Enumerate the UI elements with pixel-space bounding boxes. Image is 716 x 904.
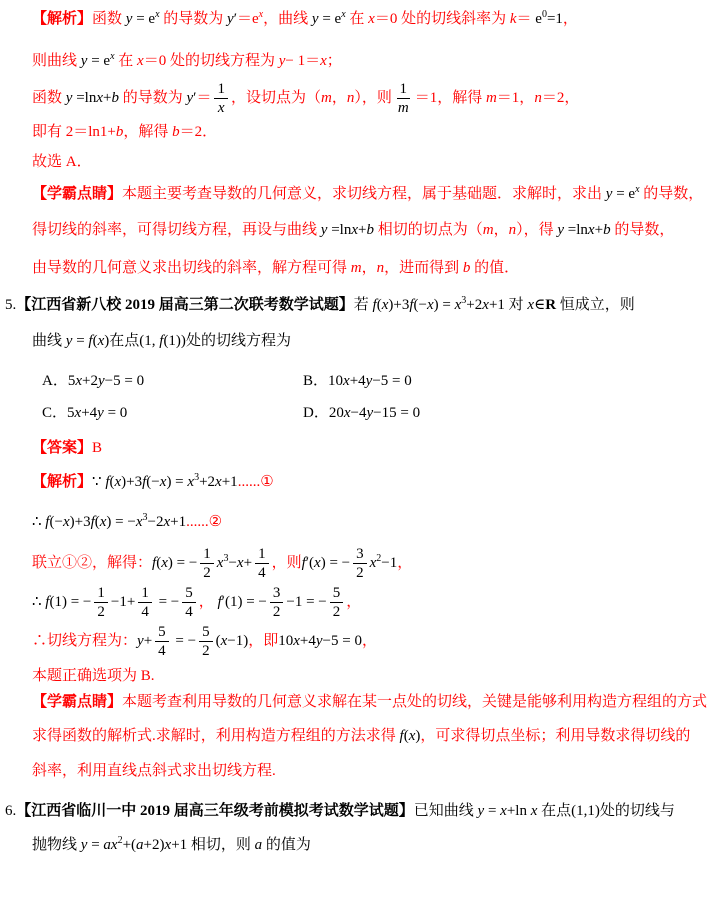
text-segment: 联立①②，解得： xyxy=(32,555,152,571)
fraction: 32 xyxy=(353,545,367,582)
text-segment: x xyxy=(96,90,103,106)
text-segment: − xyxy=(228,555,236,571)
text-segment: = e xyxy=(132,11,155,27)
text-segment: +( xyxy=(123,837,136,853)
text-segment: ），得 xyxy=(516,222,557,238)
text-segment: C．5 xyxy=(42,405,75,421)
text-segment: 恒成立，则 xyxy=(556,297,635,313)
text-segment: ，即 xyxy=(248,633,278,649)
text-segment: ， xyxy=(332,90,347,106)
fraction-numerator: 5 xyxy=(182,584,196,603)
text-segment: ＝1，解得 xyxy=(415,90,486,106)
text-segment: x xyxy=(314,555,321,571)
text-segment: 的导数， xyxy=(611,222,675,238)
text-segment: 曲线 xyxy=(32,333,66,349)
text-segment: 在 xyxy=(346,11,369,27)
text-segment: 相切，则 xyxy=(187,837,255,853)
text-segment: x xyxy=(137,53,144,69)
q6-stem-line-1: 6.【江西省临川一中 2019 届高三年级考前模拟考试数学试题】已知曲线 y =… xyxy=(5,800,716,822)
fraction: 12 xyxy=(94,584,108,621)
text-segment: 的导数为 xyxy=(160,11,228,27)
q5-stem-line-2: 曲线 y = f(x)在点(1, f(1))处的切线方程为 xyxy=(32,330,716,352)
text-segment: x xyxy=(500,803,507,819)
q4-tip-line-1: 【学霸点睛】本题主要考查导数的几何意义，求切线方程，属于基础题．求解时，求出 y… xyxy=(32,183,716,205)
text-segment: 在 xyxy=(115,53,138,69)
fraction-denominator: 4 xyxy=(138,603,152,621)
q4-conclusion: 故选 A． xyxy=(32,151,716,173)
text-segment: ax xyxy=(103,837,117,853)
text-segment: 的值． xyxy=(470,260,519,276)
text-segment: m xyxy=(321,90,332,106)
q4-analysis-line-4: 即有 2＝ln1+b，解得 b＝2． xyxy=(32,121,716,143)
text-segment: − 1＝ xyxy=(285,53,320,69)
text-segment: +4 xyxy=(81,405,97,421)
document-page: 【解析】函数 y = ex 的导数为 y′＝ex，曲线 y = ex 在 x＝0… xyxy=(0,8,716,904)
text-segment: 【学霸点睛】 xyxy=(32,694,122,710)
option-b: B．10x+4y−5 = 0 xyxy=(303,370,412,392)
text-segment: x xyxy=(368,11,375,27)
text-segment: 【解析】 xyxy=(32,11,92,27)
q4-tip-line-2: 得切线的斜率，可得切线方程，再设与曲线 y =lnx+b 相切的切点为（m，n）… xyxy=(32,219,716,241)
fraction-numerator: 3 xyxy=(353,545,367,564)
text-segment: x xyxy=(136,514,143,530)
q5-tip-line-2: 求得函数的解析式.求解时，利用构造方程组的方法求得 f(x)，可求得切点坐标；利… xyxy=(32,725,716,747)
text-segment: x xyxy=(161,555,168,571)
text-segment: ......① xyxy=(238,474,274,490)
fraction: 54 xyxy=(155,623,169,660)
fraction-denominator: 4 xyxy=(182,603,196,621)
text-segment: ) = xyxy=(166,474,187,490)
text-segment: 本题主要考查导数的几何意义，求切线方程，属于基础题．求解时，求出 xyxy=(122,186,606,202)
text-segment: ＝e xyxy=(237,11,259,27)
q5-analysis-line-1: 【解析】∵ f(x)+3f(−x) = x3+2x+1......① xyxy=(32,471,716,493)
text-segment: 函数 xyxy=(32,90,66,106)
text-segment: 【学霸点睛】 xyxy=(32,186,122,202)
option-c: C．5x+4y = 0 xyxy=(42,402,303,424)
text-segment: m xyxy=(483,222,494,238)
q5-analysis-line-5: ∴切线方程为：y+54 = −52(x−1)，即10x+4y−5 = 0， xyxy=(32,623,716,660)
text-segment: =ln xyxy=(327,222,351,238)
text-segment: ′( xyxy=(306,555,314,571)
text-segment: )+3 xyxy=(70,514,91,530)
fraction: 12 xyxy=(200,545,214,582)
text-segment: + xyxy=(595,222,603,238)
text-segment: x xyxy=(427,297,434,313)
fraction-denominator: 2 xyxy=(353,564,367,582)
text-segment: +1 xyxy=(170,514,186,530)
fraction-numerator: 1 xyxy=(397,80,411,99)
text-segment: A．5 xyxy=(42,373,75,389)
text-segment: = 0 xyxy=(104,405,127,421)
text-segment: 函数 xyxy=(92,11,126,27)
fraction: 32 xyxy=(270,584,284,621)
text-segment: 【江西省临川一中 2019 届高三年级考前模拟考试数学试题】 xyxy=(16,803,414,819)
fraction-numerator: 5 xyxy=(330,584,344,603)
text-segment: −1+ xyxy=(111,594,135,610)
text-segment: ) = − xyxy=(168,555,197,571)
text-segment: ＝2． xyxy=(180,124,218,140)
text-segment: ＝ xyxy=(196,90,211,106)
text-segment: y xyxy=(316,633,323,649)
text-segment: ＝0 处的切线斜率为 xyxy=(375,11,510,27)
text-segment: b xyxy=(366,222,374,238)
text-segment: 的导数， xyxy=(640,186,704,202)
text-segment: ，可求得切点坐标；利用导数求得切线的 xyxy=(420,728,690,744)
text-segment: ∴切线方程为： xyxy=(32,633,137,649)
text-segment: ； xyxy=(327,53,342,69)
text-segment: 在点 xyxy=(537,803,571,819)
text-segment: =ln xyxy=(72,90,96,106)
text-segment: +1 xyxy=(222,474,238,490)
text-segment: x xyxy=(63,514,70,530)
text-segment: x xyxy=(293,633,300,649)
fraction-numerator: 1 xyxy=(138,584,152,603)
text-segment: +1 xyxy=(489,297,505,313)
text-segment: ， xyxy=(346,594,361,610)
text-segment: ， xyxy=(362,633,377,649)
text-segment: ， xyxy=(563,11,578,27)
text-segment: 5. xyxy=(5,297,16,313)
text-segment: −2 xyxy=(148,514,164,530)
text-segment: =ln xyxy=(564,222,588,238)
text-segment: ∴ xyxy=(32,514,45,530)
text-segment: x xyxy=(237,555,244,571)
text-segment: 在点 xyxy=(109,333,139,349)
fraction: 14 xyxy=(255,545,269,582)
text-segment: ) = − xyxy=(106,514,135,530)
fraction-denominator: x xyxy=(215,99,228,117)
text-segment: ，曲线 xyxy=(263,11,312,27)
text-segment: ∵ xyxy=(92,474,105,490)
fraction-numerator: 1 xyxy=(94,584,108,603)
text-segment: )+3 xyxy=(388,297,409,313)
text-segment: = xyxy=(72,333,88,349)
text-segment: )+3 xyxy=(121,474,142,490)
text-segment: 本题正确选项为 B. xyxy=(32,668,155,684)
text-segment: +4 xyxy=(350,373,366,389)
fraction-numerator: 1 xyxy=(255,545,269,564)
fraction: 1x xyxy=(214,80,228,117)
text-segment: (1) = − xyxy=(49,594,91,610)
text-segment: B xyxy=(92,440,102,456)
text-segment: ) = xyxy=(434,297,455,313)
text-segment: ， xyxy=(494,222,509,238)
q5-analysis-line-4: ∴ f(1) = −12−1+14 = −54， f′(1) = −32−1 =… xyxy=(32,584,716,621)
q5-analysis-line-3: 联立①②，解得：f(x) = −12x3−x+14，则f′(x) = −32x2… xyxy=(32,545,716,582)
text-segment: +2) xyxy=(144,837,165,853)
q4-tip-line-3: 由导数的几何意义求出切线的斜率，解方程可得 m，n，进而得到 b 的值． xyxy=(32,257,716,279)
text-segment: ， xyxy=(199,594,214,610)
fraction-numerator: 3 xyxy=(270,584,284,603)
text-segment: R xyxy=(545,297,556,313)
text-segment: (1, xyxy=(139,333,159,349)
text-segment: y xyxy=(312,11,319,27)
text-segment: +4 xyxy=(300,633,316,649)
text-segment: a xyxy=(136,837,144,853)
text-segment: +ln xyxy=(507,803,531,819)
text-segment: ），则 xyxy=(354,90,392,106)
text-segment: = − xyxy=(172,633,196,649)
text-segment: = xyxy=(87,837,103,853)
text-segment: −5 = 0 xyxy=(105,373,144,389)
text-segment: (1)) xyxy=(163,333,186,349)
text-segment: ＝ xyxy=(517,11,536,27)
text-segment: −4 xyxy=(351,405,367,421)
text-segment: + xyxy=(144,633,152,649)
text-segment: x xyxy=(482,297,489,313)
text-segment: ......② xyxy=(186,514,222,530)
text-segment: x xyxy=(215,474,222,490)
fraction-denominator: 4 xyxy=(155,642,169,660)
text-segment: 对 xyxy=(505,297,528,313)
fraction-numerator: 1 xyxy=(214,80,228,99)
fraction-denominator: 2 xyxy=(270,603,284,621)
q6-stem-line-2: 抛物线 y = ax2+(a+2)x+1 相切，则 a 的值为 xyxy=(32,834,716,856)
text-segment: 得切线的斜率，可得切线方程，再设与曲线 xyxy=(32,222,321,238)
text-segment: ＝2， xyxy=(542,90,580,106)
text-segment: 本题考查利用导数的几何意义求解在某一点处的切线，关键是能够利用构造方程组的方式 xyxy=(122,694,707,710)
fraction-denominator: 2 xyxy=(199,642,213,660)
text-segment: ， xyxy=(397,555,412,571)
text-segment: = xyxy=(484,803,500,819)
text-segment: +1 xyxy=(171,837,187,853)
text-segment: + xyxy=(244,555,252,571)
fraction-numerator: 1 xyxy=(200,545,214,564)
text-segment: −15 = 0 xyxy=(373,405,420,421)
text-segment: e xyxy=(535,11,542,27)
q5-stem-line-1: 5.【江西省新八校 2019 届高三第二次联考数学试题】若 f(x)+3f(−x… xyxy=(5,294,716,316)
q5-analysis-line-2: ∴ f(−x)+3f(x) = −x3−2x+1......② xyxy=(32,511,716,533)
text-segment: 处的切线方程为 xyxy=(186,333,291,349)
text-segment: b xyxy=(172,124,180,140)
text-segment: x xyxy=(75,373,82,389)
text-segment: n xyxy=(377,260,385,276)
text-segment: 【答案】 xyxy=(32,440,92,456)
fraction-numerator: 5 xyxy=(155,623,169,642)
q5-options-row-1: A．5x+2y−5 = 0B．10x+4y−5 = 0 xyxy=(42,370,716,392)
text-segment: = e xyxy=(612,186,635,202)
q4-analysis-line-1: 【解析】函数 y = ex 的导数为 y′＝ex，曲线 y = ex 在 x＝0… xyxy=(32,8,716,30)
text-segment: ＝0 处的切线方程为 xyxy=(144,53,279,69)
text-segment: 10 xyxy=(278,633,293,649)
text-segment: x xyxy=(344,405,351,421)
text-segment: −5 = 0 xyxy=(372,373,411,389)
text-segment: −1) xyxy=(227,633,248,649)
text-segment: n xyxy=(534,90,542,106)
text-segment: x xyxy=(351,222,358,238)
text-segment: D．20 xyxy=(303,405,344,421)
q5-conclusion: 本题正确选项为 B. xyxy=(32,665,716,687)
text-segment: ∴ xyxy=(32,594,45,610)
text-segment: b xyxy=(603,222,611,238)
text-segment: ′(1) = − xyxy=(222,594,267,610)
text-segment: 则曲线 xyxy=(32,53,81,69)
text-segment: −1 = − xyxy=(286,594,326,610)
text-segment: 的导数为 xyxy=(119,90,187,106)
text-segment: (1,1) xyxy=(571,803,600,819)
text-segment: = e xyxy=(87,53,110,69)
text-segment: −1 xyxy=(381,555,397,571)
text-segment: x xyxy=(320,53,327,69)
text-segment: 【解析】 xyxy=(32,474,92,490)
q5-tip-line-3: 斜率，利用直线点斜式求出切线方程. xyxy=(32,760,716,782)
text-segment: = e xyxy=(319,11,342,27)
text-segment: ) = − xyxy=(321,555,350,571)
text-segment: y xyxy=(137,633,144,649)
text-segment: ∈ xyxy=(534,297,545,313)
fraction-denominator: 2 xyxy=(200,564,214,582)
fraction: 52 xyxy=(199,623,213,660)
text-segment: +2 xyxy=(466,297,482,313)
text-segment: 抛物线 xyxy=(32,837,81,853)
fraction: 54 xyxy=(182,584,196,621)
q4-analysis-line-2: 则曲线 y = ex 在 x＝0 处的切线方程为 y− 1＝x； xyxy=(32,50,716,72)
text-segment: B．10 xyxy=(303,373,343,389)
text-segment: 的值为 xyxy=(262,837,311,853)
text-segment: 若 xyxy=(354,297,373,313)
fraction-denominator: 2 xyxy=(94,603,108,621)
text-segment: y xyxy=(97,405,104,421)
text-segment: 【江西省新八校 2019 届高三第二次联考数学试题】 xyxy=(16,297,354,313)
text-segment: 已知曲线 xyxy=(414,803,478,819)
text-segment: ， xyxy=(362,260,377,276)
fraction-denominator: 2 xyxy=(330,603,344,621)
text-segment: x xyxy=(588,222,595,238)
text-segment: ＝1， xyxy=(497,90,535,106)
fraction: 14 xyxy=(138,584,152,621)
text-segment: k xyxy=(510,11,517,27)
text-segment: 6. xyxy=(5,803,16,819)
q5-tip-line-1: 【学霸点睛】本题考查利用导数的几何意义求解在某一点处的切线，关键是能够利用构造方… xyxy=(32,691,716,713)
text-segment: y xyxy=(98,373,105,389)
option-d: D．20x−4y−15 = 0 xyxy=(303,402,420,424)
text-segment: (− xyxy=(146,474,159,490)
text-segment: ，设切点为（ xyxy=(231,90,321,106)
text-segment: (− xyxy=(414,297,427,313)
option-a: A．5x+2y−5 = 0 xyxy=(42,370,303,392)
fraction: 52 xyxy=(330,584,344,621)
text-segment: −5 = 0 xyxy=(323,633,362,649)
text-segment: b xyxy=(111,90,119,106)
fraction-denominator: m xyxy=(395,99,412,117)
text-segment: =1 xyxy=(547,11,563,27)
text-segment: x xyxy=(343,373,350,389)
q5-options-row-2: C．5x+4y = 0D．20x−4y−15 = 0 xyxy=(42,402,716,424)
text-segment: +2 xyxy=(199,474,215,490)
text-segment: 由导数的几何意义求出切线的斜率，解方程可得 xyxy=(32,260,351,276)
text-segment: n xyxy=(509,222,517,238)
text-segment: ，解得 xyxy=(123,124,172,140)
text-segment: 故选 A． xyxy=(32,154,92,170)
fraction-numerator: 5 xyxy=(199,623,213,642)
text-segment: 即有 2＝ln1+ xyxy=(32,124,116,140)
text-segment: m xyxy=(486,90,497,106)
text-segment: f xyxy=(214,594,222,610)
text-segment: ，则 xyxy=(272,555,302,571)
fraction: 1m xyxy=(395,80,412,117)
text-segment: 处的切线与 xyxy=(600,803,675,819)
text-segment: m xyxy=(351,260,362,276)
text-segment: 相切的切点为（ xyxy=(374,222,483,238)
text-segment: ，进而得到 xyxy=(384,260,463,276)
text-segment: (− xyxy=(49,514,62,530)
text-segment: y xyxy=(227,11,234,27)
q5-answer: 【答案】B xyxy=(32,437,716,459)
text-segment: 求得函数的解析式.求解时，利用构造方程组的方法求得 xyxy=(32,728,400,744)
text-segment: = − xyxy=(155,594,179,610)
q4-analysis-line-3: 函数 y =lnx+b 的导数为 y′＝1x，设切点为（m，n），则1m＝1，解… xyxy=(32,80,716,117)
text-segment: 斜率，利用直线点斜式求出切线方程. xyxy=(32,763,276,779)
fraction-denominator: 4 xyxy=(255,564,269,582)
text-segment: +2 xyxy=(82,373,98,389)
